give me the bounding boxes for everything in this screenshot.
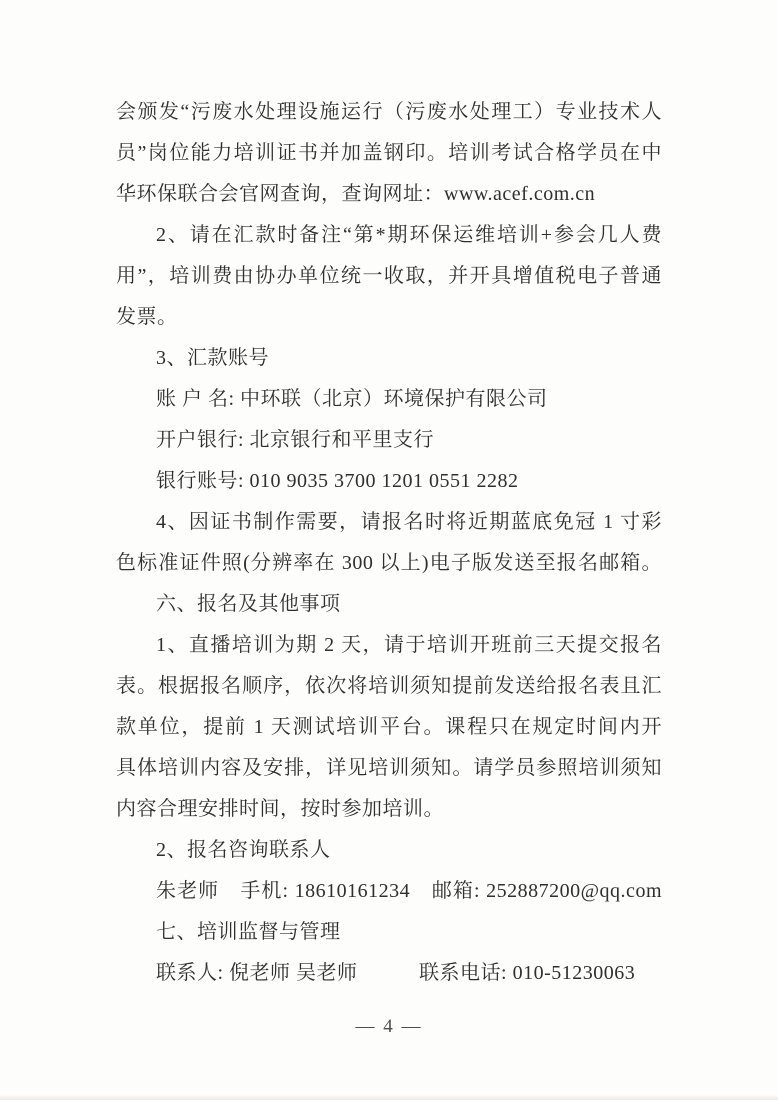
text-line: 联系人: 倪老师 吴老师 联系电话: 010-51230063: [116, 953, 662, 994]
text-line: 银行账号: 010 9035 3700 1201 0551 2282: [116, 461, 662, 502]
text-line: 员”岗位能力培训证书并加盖钢印。培训考试合格学员在中: [116, 133, 662, 174]
text-line: 账 户 名: 中环联（北京）环境保护有限公司: [116, 379, 662, 420]
text-line: 1、直播培训为期 2 天，请于培训开班前三天提交报名: [116, 625, 662, 666]
text-line: 色标准证件照(分辨率在 300 以上)电子版发送至报名邮箱。: [116, 543, 662, 584]
text-line: 4、因证书制作需要，请报名时将近期蓝底免冠 1 寸彩: [116, 502, 662, 543]
text-line: 华环保联合会官网查询，查询网址：www.acef.com.cn: [116, 174, 662, 215]
text-line: 用”，培训费由协办单位统一收取，并开具增值税电子普通: [116, 256, 662, 297]
text-line: 开户银行: 北京银行和平里支行: [116, 420, 662, 461]
text-line: 七、培训监督与管理: [116, 912, 662, 953]
text-line: 会颁发“污废水处理设施运行（污废水处理工）专业技术人: [116, 92, 662, 133]
text-line: 表。根据报名顺序，依次将培训须知提前发送给报名表且汇: [116, 666, 662, 707]
page-number: — 4 —: [0, 1014, 778, 1040]
text-line: 发票。: [116, 297, 662, 338]
text-line: 款单位，提前 1 天测试培训平台。课程只在规定时间内开放，: [116, 707, 662, 748]
text-line: 2、请在汇款时备注“第*期环保运维培训+参会几人费: [116, 215, 662, 256]
text-line: 具体培训内容及安排，详见培训须知。请学员参照培训须知: [116, 748, 662, 789]
text-line: 六、报名及其他事项: [116, 584, 662, 625]
document-body: 会颁发“污废水处理设施运行（污废水处理工）专业技术人员”岗位能力培训证书并加盖钢…: [116, 92, 662, 994]
text-line: 内容合理安排时间，按时参加培训。: [116, 789, 662, 830]
document-page: 会颁发“污废水处理设施运行（污废水处理工）专业技术人员”岗位能力培训证书并加盖钢…: [0, 0, 778, 1100]
text-line: 3、汇款账号: [116, 338, 662, 379]
scan-edge-artifact: [0, 1095, 778, 1100]
text-line: 朱老师 手机: 18610161234 邮箱: 252887200@qq.com: [116, 871, 662, 912]
text-line: 2、报名咨询联系人: [116, 830, 662, 871]
